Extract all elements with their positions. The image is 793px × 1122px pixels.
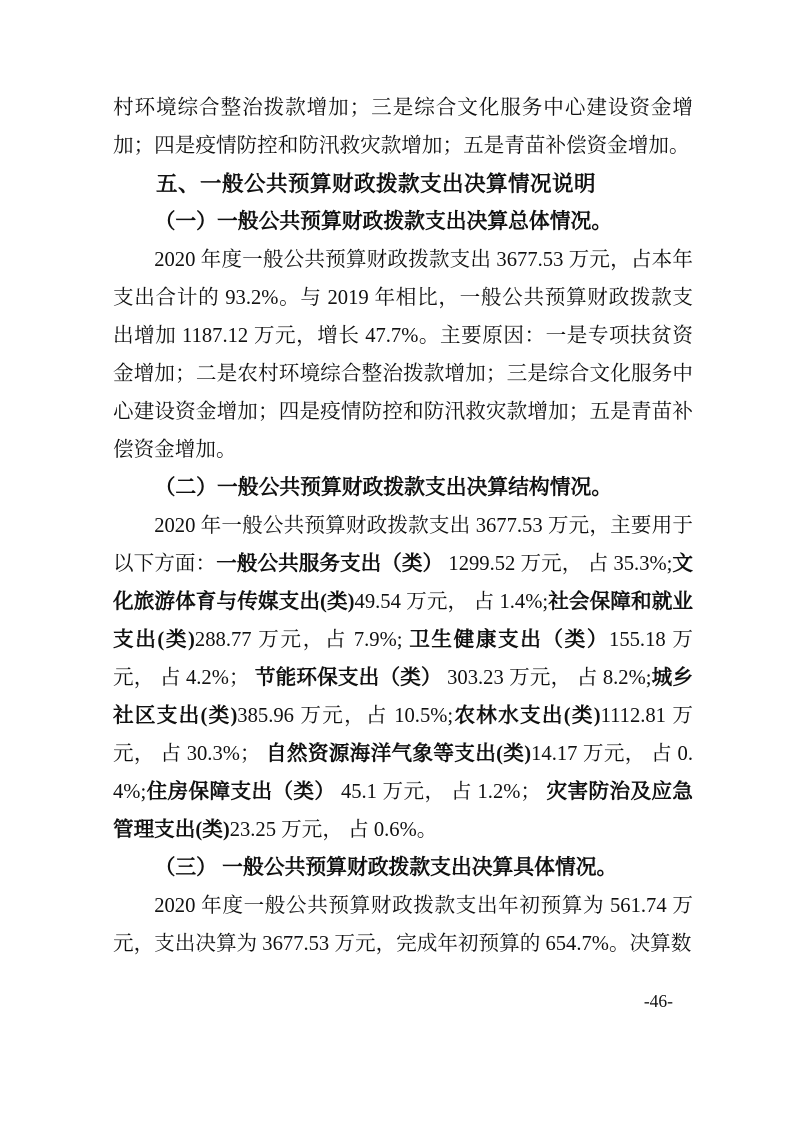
text-run: 1299.52 万元， 占 35.3%;: [443, 553, 672, 575]
document-body: 村环境综合整治拨款增加；三是综合文化服务中心建设资金增加；四是疫情防控和防汛救灾…: [113, 89, 693, 963]
expenditure-category-label: 住房保障支出（类）: [146, 781, 335, 803]
expenditure-category-label: 节能环保支出（类）: [255, 667, 442, 689]
text-run: 23.25 万元， 占 0.6%。: [230, 819, 438, 841]
text-run: 385.96 万元，占 10.5%;: [237, 705, 453, 727]
subsection-heading-3: （三） 一般公共预算财政拨款支出决算具体情况。: [113, 849, 693, 887]
section-heading-5: 五、一般公共预算财政拨款支出决算情况说明: [113, 165, 693, 203]
text-run: 303.23 万元， 占 8.2%;: [442, 667, 652, 689]
text-run: 288.77 万元，占 7.9%;: [195, 629, 409, 651]
paragraph-overall-situation: 2020 年度一般公共预算财政拨款支出 3677.53 万元，占本年支出合计的 …: [113, 241, 693, 469]
expenditure-category-label: 自然资源海洋气象等支出(类): [266, 743, 531, 765]
subsection-heading-1: （一）一般公共预算财政拨款支出决算总体情况。: [113, 203, 693, 241]
expenditure-category-label: 卫生健康支出（类）: [409, 629, 609, 651]
subsection-heading-2: （二）一般公共预算财政拨款支出决算结构情况。: [113, 469, 693, 507]
text-run: 49.54 万元， 占 1.4%;: [355, 591, 549, 613]
page-number: -46-: [644, 991, 673, 1011]
expenditure-category-label: 一般公共服务支出（类）: [216, 553, 443, 575]
document-page: 村环境综合整治拨款增加；三是综合文化服务中心建设资金增加；四是疫情防控和防汛救灾…: [0, 0, 793, 1122]
paragraph-expenditure-structure: 2020 年一般公共预算财政拨款支出 3677.53 万元，主要用于以下方面：一…: [113, 507, 693, 849]
paragraph-specific-situation: 2020 年度一般公共预算财政拨款支出年初预算为 561.74 万元，支出决算为…: [113, 887, 693, 963]
text-run: 45.1 万元， 占 1.2%；: [335, 781, 546, 803]
expenditure-category-label: 农林水支出(类): [453, 705, 600, 727]
paragraph-carryover: 村环境综合整治拨款增加；三是综合文化服务中心建设资金增加；四是疫情防控和防汛救灾…: [113, 89, 693, 165]
